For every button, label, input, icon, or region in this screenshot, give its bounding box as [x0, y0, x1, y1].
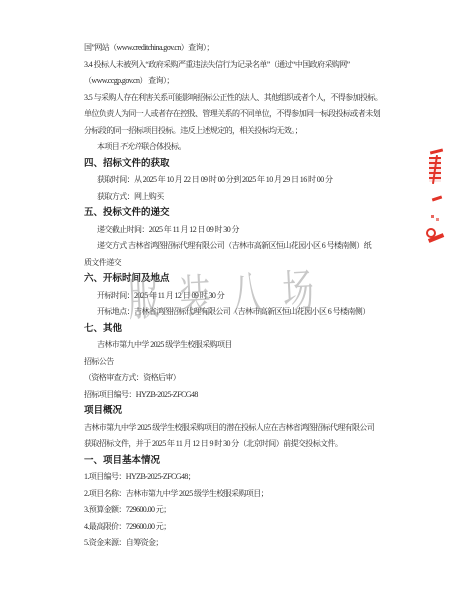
document-line: 3.预算金额：729600.00 元；: [84, 502, 450, 519]
document-line: 递交方式 吉林省鸿图招标代理有限公司（吉林市高新区恒山花园小区 6 号楼南侧）纸: [84, 238, 450, 255]
document-line: （资格审查方式：资格后审）: [84, 370, 450, 387]
document-line: 七、其他: [84, 321, 450, 338]
document-line: 四、招标文件的获取: [84, 156, 450, 173]
document-line: 本项目不允许联合体投标。: [84, 139, 450, 156]
seal-stroke: [432, 196, 442, 202]
emphasized-text: 不允许: [119, 142, 141, 151]
document-line: 招标公告: [84, 354, 450, 371]
document-page: 国”网站（www.creditchina.gov.cn）查询）；3.4 投标人未…: [0, 0, 450, 600]
document-line: 递交截止时间：2025 年 11 月 12 日 09 时 30 分: [84, 222, 450, 239]
document-line: 3.5 与采购人存在利害关系可能影响招标公正性的法人、其他组织或者个人，不得参加…: [84, 90, 450, 107]
document-line: 2.项目名称：吉林市第九中学 2025 级学生校服采购项目；: [84, 486, 450, 503]
document-line: 分标段的同一招标项目投标。违反上述规定的，相关投标均无效。；: [84, 123, 450, 140]
document-line: 一、项目基本情况: [84, 453, 450, 470]
document-line: 招标项目编号：HYZB-2025-ZFCG48: [84, 387, 450, 404]
document-line: （www.ccgp.gov.cn） 查询）；: [84, 73, 450, 90]
document-line: 5.资金来源：自筹资金；: [84, 535, 450, 552]
document-line: 吉林市第九中学 2025 级学生校服采购项目: [84, 337, 450, 354]
seal-stroke: [430, 148, 443, 154]
document-line: 单位负责人为同一人或者存在控股、管理关系的不同单位，不得参加同一标段投标或者未划: [84, 106, 450, 123]
document-line: 开标地点：吉林省鸿图招标代理有限公司（吉林市高新区恒山花园小区 6 号楼南侧）: [84, 304, 450, 321]
seal-character-fragment: [429, 157, 441, 182]
document-line: 项目概况: [84, 403, 450, 420]
document-line: 4.最高限价：729600.00 元；: [84, 519, 450, 536]
document-line: 国”网站（www.creditchina.gov.cn）查询）；: [84, 40, 450, 57]
document-line: 获取方式：网上购买: [84, 189, 450, 206]
document-line: 获取招标文件，并于 2025 年 11 月 12 日 9 时 30 分（北京时间…: [84, 436, 450, 453]
line-text: 本项目: [97, 142, 119, 151]
document-line: 质文件递交: [84, 255, 450, 272]
document-line: 开标时间：2025 年 11 月 12 日 09 时 30 分: [84, 288, 450, 305]
document-line: 3.4 投标人未被列入“政府采购严重违法失信行为记录名单”（通过“中国政府采购网…: [84, 57, 450, 74]
document-line: 吉林市第九中学 2025 级学生校服采购项目的潜在投标人应在吉林省鸿图招标代理有…: [84, 420, 450, 437]
document-line: 六、开标时间及地点: [84, 271, 450, 288]
tender-notice-body: 国”网站（www.creditchina.gov.cn）查询）；3.4 投标人未…: [0, 40, 450, 552]
document-line: 五、投标文件的递交: [84, 205, 450, 222]
seal-dots: [431, 215, 434, 218]
line-text: 联合体投标。: [141, 142, 185, 151]
document-line: 1.项目编号：HYZB-2025-ZFCG48；: [84, 469, 450, 486]
document-line: 获取时间：从 2025 年 10 月 22 日 09 时 00 分到 2025 …: [84, 172, 450, 189]
red-seal-marks: [422, 148, 450, 248]
